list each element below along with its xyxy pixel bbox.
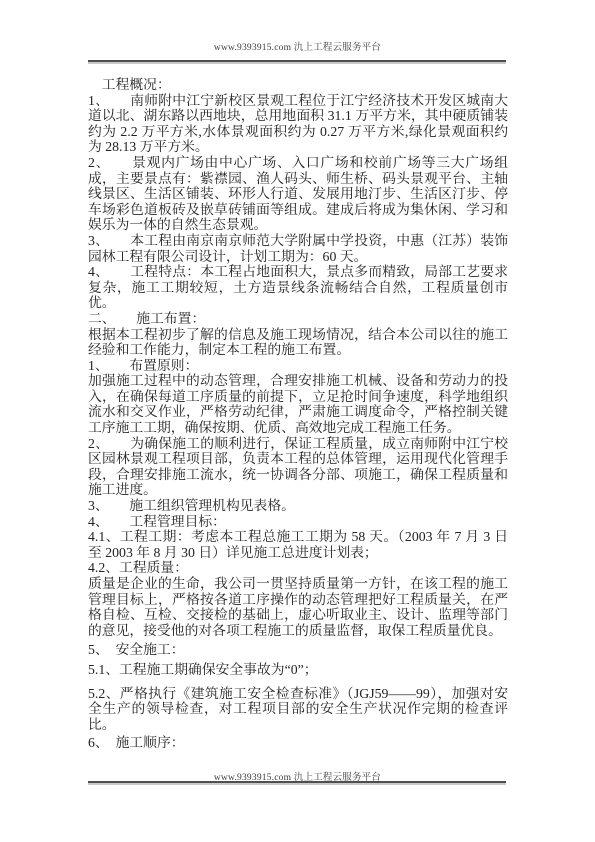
paragraph-org-chart: 3、 施工组织管理机构见表格。 xyxy=(88,498,508,514)
document-body: 工程概况： 1、 南师附中江宁新校区景观工程位于江宁经济技术开发区城南大道以北、… xyxy=(88,77,508,751)
paragraph-layout-principle-title: 1、 布置原则： xyxy=(88,358,508,374)
paragraph-safety-5-1: 5.1、工程施工期确保安全事故为“0”； xyxy=(88,662,508,678)
paragraph-goal-quality-body: 质量是企业的生命，我公司一贯坚持质量第一方针，在该工程的施工管理目标上，严格按各… xyxy=(88,576,508,638)
paragraph-layout-principle-body: 加强施工过程中的动态管理，合理安排施工机械、设备和劳动力的投入，在确保每道工序质… xyxy=(88,373,508,435)
paragraph-overview-title: 工程概况： xyxy=(88,77,508,93)
paragraph-sequence-title: 6、 施工顺序： xyxy=(88,735,508,751)
paragraph-management-goals-title: 4、 工程管理目标： xyxy=(88,514,508,530)
paragraph-project-dept: 2、 为确保施工的顺利进行，保证工程质量，成立南师附中江宁校区园林景观工程项目部… xyxy=(88,436,508,498)
paragraph-item-4: 4、 工程特点：本工程占地面积大，景点多而精致，局部工艺要求复杂，施工工期较短，… xyxy=(88,264,508,311)
paragraph-item-2: 2、 景观内广场由中心广场、入口广场和校前广场等三大广场组成，主要景点有：紫襟园… xyxy=(88,155,508,233)
header-watermark: www.9393915.com 氿上工程云服务平台 xyxy=(0,39,595,53)
paragraph-section-2-title: 二、 施工布置： xyxy=(88,311,508,327)
paragraph-goal-schedule: 4.1、工程工期：考虑本工程总施工工期为 58 天。（2003 年 7 月 3 … xyxy=(88,529,508,560)
paragraph-goal-quality-title: 4.2、工程质量： xyxy=(88,560,508,576)
document-page: www.9393915.com 氿上工程云服务平台 工程概况： 1、 南师附中江… xyxy=(0,0,595,842)
paragraph-section-2-intro: 根据本工程初步了解的信息及施工现场情况，结合本公司以往的施工经验和工作能力，制定… xyxy=(88,327,508,358)
paragraph-safety-title: 5、 安全施工： xyxy=(88,642,508,658)
paragraph-safety-5-2: 5.2、严格执行《建筑施工安全检查标准》（JGJ59——99），加强对安全生产的… xyxy=(88,686,508,733)
paragraph-item-3: 3、 本工程由南京南京师范大学附属中学投资，中惠（江苏）装饰园林工程有限公司设计… xyxy=(88,233,508,264)
header-rule xyxy=(88,60,506,64)
footer-rule xyxy=(88,781,506,785)
paragraph-item-1: 1、 南师附中江宁新校区景观工程位于江宁经济技术开发区城南大道以北、湖东路以西地… xyxy=(88,93,508,155)
